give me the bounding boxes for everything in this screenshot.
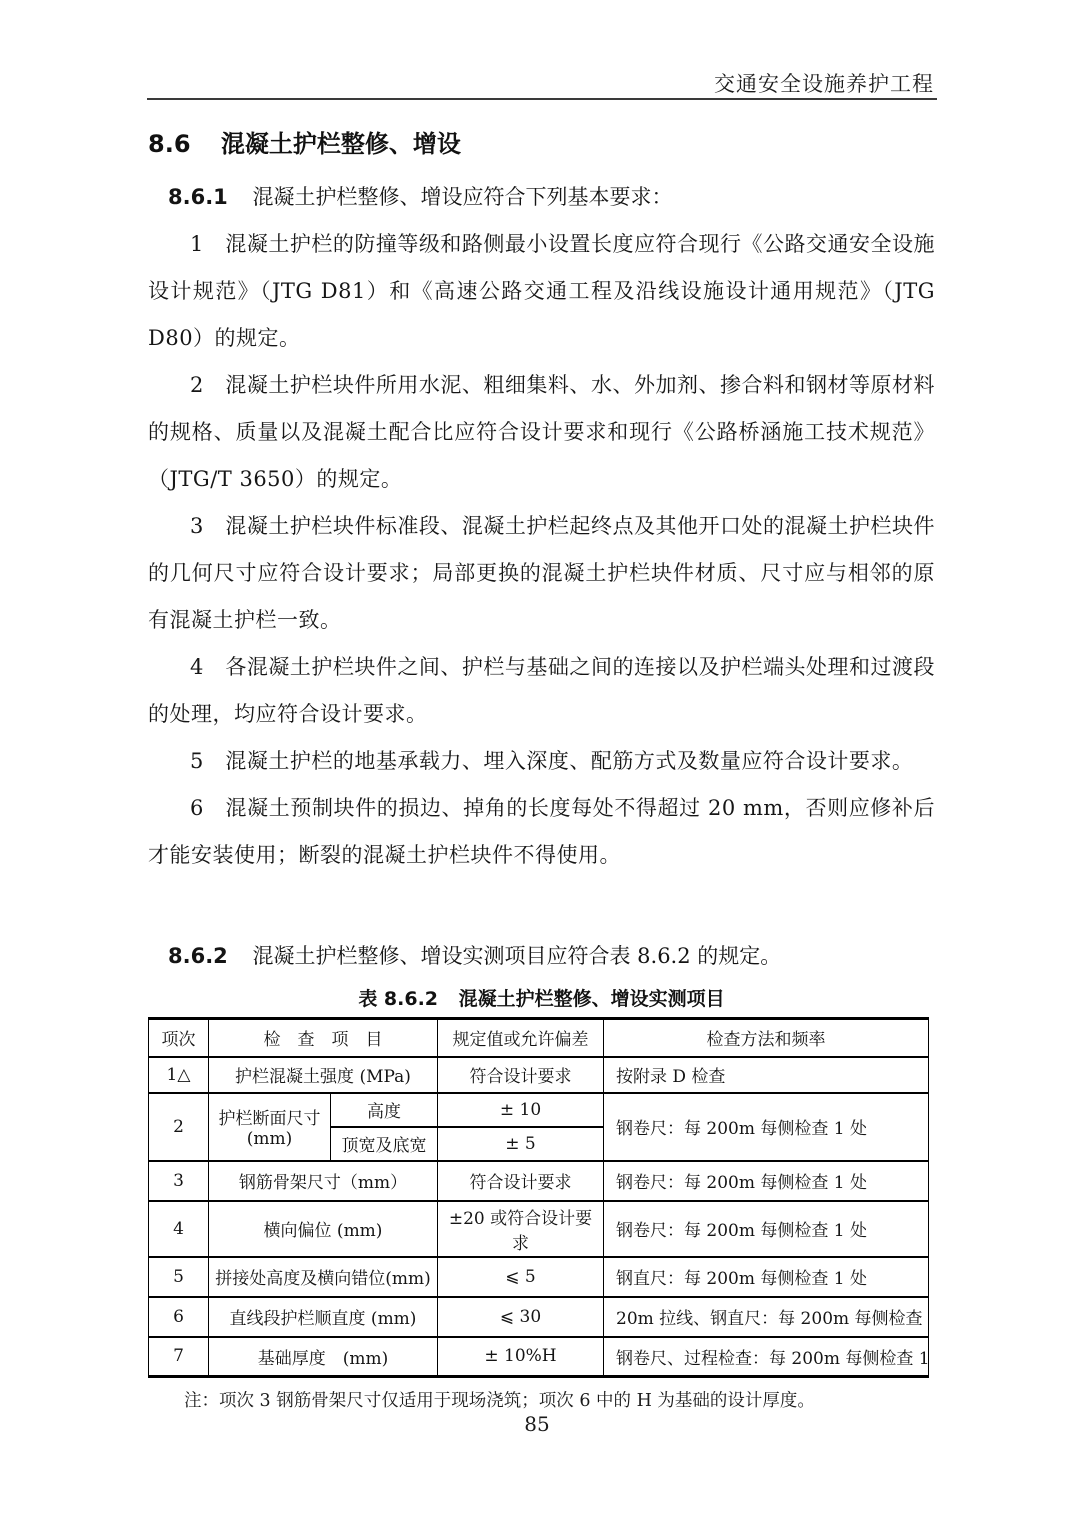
table-row: 2 护栏断面尺寸(mm) 高度 ± 10 钢卷尺：每 200m 每侧检查 1 处 <box>149 1093 929 1127</box>
cell-item: 护栏断面尺寸(mm) <box>209 1093 331 1161</box>
cell-tolerance: ± 10%H <box>438 1337 604 1377</box>
cell-no: 5 <box>149 1257 209 1297</box>
table-header-row: 项次 检 查 项 目 规定值或允许偏差 检查方法和频率 <box>149 1019 929 1057</box>
cell-no: 4 <box>149 1201 209 1257</box>
table-caption: 表 8.6.2 混凝土护栏整修、增设实测项目 <box>148 984 935 1014</box>
cell-no: 1△ <box>149 1057 209 1093</box>
clause-number: 8.6.2 <box>168 944 228 968</box>
cell-method: 钢卷尺、过程检查：每 200m 每侧检查 1 处 <box>604 1337 929 1377</box>
cell-tolerance: ±20 或符合设计要求 <box>438 1201 604 1257</box>
table-row: 3 钢筋骨架尺寸（mm） 符合设计要求 钢卷尺：每 200m 每侧检查 1 处 <box>149 1161 929 1201</box>
requirement-item-3: 3 混凝土护栏块件标准段、混凝土护栏起终点及其他开口处的混凝土护栏块件的几何尺寸… <box>148 503 935 644</box>
measured-items-table: 项次 检 查 项 目 规定值或允许偏差 检查方法和频率 1△ 护栏混凝土强度 (… <box>148 1017 929 1378</box>
header-rule <box>147 98 937 100</box>
page-content: 8.6 混凝土护栏整修、增设 8.6.1 混凝土护栏整修、增设应符合下列基本要求… <box>148 128 935 1414</box>
requirement-item-4: 4 各混凝土护栏块件之间、护栏与基础之间的连接以及护栏端头处理和过渡段的处理，均… <box>148 644 935 738</box>
cell-item: 横向偏位 (mm) <box>209 1201 438 1257</box>
cell-sub-label: 高度 <box>331 1093 438 1127</box>
requirement-item-6: 6 混凝土预制块件的损边、掉角的长度每处不得超过 20 mm，否则应修补后才能安… <box>148 785 935 879</box>
section-heading: 8.6 混凝土护栏整修、增设 <box>148 128 935 160</box>
cell-no: 3 <box>149 1161 209 1201</box>
cell-method: 钢卷尺：每 200m 每侧检查 1 处 <box>604 1161 929 1201</box>
cell-tolerance: ⩽ 30 <box>438 1297 604 1337</box>
cell-item: 直线段护栏顺直度 (mm) <box>209 1297 438 1337</box>
requirement-item-1: 1 混凝土护栏的防撞等级和路侧最小设置长度应符合现行《公路交通安全设施设计规范》… <box>148 221 935 362</box>
cell-tolerance: ⩽ 5 <box>438 1257 604 1297</box>
cell-tolerance: 符合设计要求 <box>438 1161 604 1201</box>
document-page: 交通安全设施养护工程 8.6 混凝土护栏整修、增设 8.6.1 混凝土护栏整修、… <box>0 0 1074 1520</box>
cell-method: 钢卷尺：每 200m 每侧检查 1 处 <box>604 1093 929 1161</box>
cell-no: 7 <box>149 1337 209 1377</box>
header-cell-tolerance: 规定值或允许偏差 <box>438 1019 604 1057</box>
cell-no: 6 <box>149 1297 209 1337</box>
table-row: 5 拼接处高度及横向错位(mm) ⩽ 5 钢直尺：每 200m 每侧检查 1 处 <box>149 1257 929 1297</box>
clause-text: 混凝土护栏整修、增设应符合下列基本要求： <box>252 185 672 209</box>
table-caption-title: 混凝土护栏整修、增设实测项目 <box>459 988 725 1010</box>
table-row: 6 直线段护栏顺直度 (mm) ⩽ 30 20m 拉线、钢直尺：每 200m 每… <box>149 1297 929 1337</box>
table-note: 注：项次 3 钢筋骨架尺寸仅适用于现场浇筑；项次 6 中的 H 为基础的设计厚度… <box>184 1388 935 1414</box>
clause-number: 8.6.1 <box>168 185 228 209</box>
cell-method: 按附录 D 检查 <box>604 1057 929 1093</box>
cell-item: 基础厚度 (mm) <box>209 1337 438 1377</box>
running-header-title: 交通安全设施养护工程 <box>714 68 934 98</box>
header-cell-item-no: 项次 <box>149 1019 209 1057</box>
cell-tolerance: 符合设计要求 <box>438 1057 604 1093</box>
cell-method: 钢直尺：每 200m 每侧检查 1 处 <box>604 1257 929 1297</box>
cell-tolerance: ± 10 <box>438 1093 604 1127</box>
table-row: 4 横向偏位 (mm) ±20 或符合设计要求 钢卷尺：每 200m 每侧检查 … <box>149 1201 929 1257</box>
table-row: 7 基础厚度 (mm) ± 10%H 钢卷尺、过程检查：每 200m 每侧检查 … <box>149 1337 929 1377</box>
header-cell-method: 检查方法和频率 <box>604 1019 929 1057</box>
cell-tolerance: ± 5 <box>438 1127 604 1161</box>
table-row: 1△ 护栏混凝土强度 (MPa) 符合设计要求 按附录 D 检查 <box>149 1057 929 1093</box>
page-number: 85 <box>0 1412 1074 1436</box>
cell-method: 钢卷尺：每 200m 每侧检查 1 处 <box>604 1201 929 1257</box>
cell-no: 2 <box>149 1093 209 1161</box>
table-caption-label: 表 8.6.2 <box>358 988 438 1010</box>
clause-8-6-1: 8.6.1 混凝土护栏整修、增设应符合下列基本要求： <box>148 174 935 221</box>
requirement-item-2: 2 混凝土护栏块件所用水泥、粗细集料、水、外加剂、掺合料和钢材等原材料的规格、质… <box>148 362 935 503</box>
cell-item: 钢筋骨架尺寸（mm） <box>209 1161 438 1201</box>
cell-item: 拼接处高度及横向错位(mm) <box>209 1257 438 1297</box>
clause-text: 混凝土护栏整修、增设实测项目应符合表 8.6.2 的规定。 <box>252 944 781 968</box>
cell-method: 20m 拉线、钢直尺：每 200m 每侧检查 1 处 <box>604 1297 929 1337</box>
requirement-item-5: 5 混凝土护栏的地基承载力、埋入深度、配筋方式及数量应符合设计要求。 <box>148 738 935 785</box>
cell-sub-label: 顶宽及底宽 <box>331 1127 438 1161</box>
cell-item: 护栏混凝土强度 (MPa) <box>209 1057 438 1093</box>
header-cell-check-item: 检 查 项 目 <box>209 1019 438 1057</box>
clause-8-6-2: 8.6.2 混凝土护栏整修、增设实测项目应符合表 8.6.2 的规定。 <box>148 933 935 980</box>
section-title: 混凝土护栏整修、增设 <box>221 130 461 158</box>
section-number: 8.6 <box>148 130 191 158</box>
